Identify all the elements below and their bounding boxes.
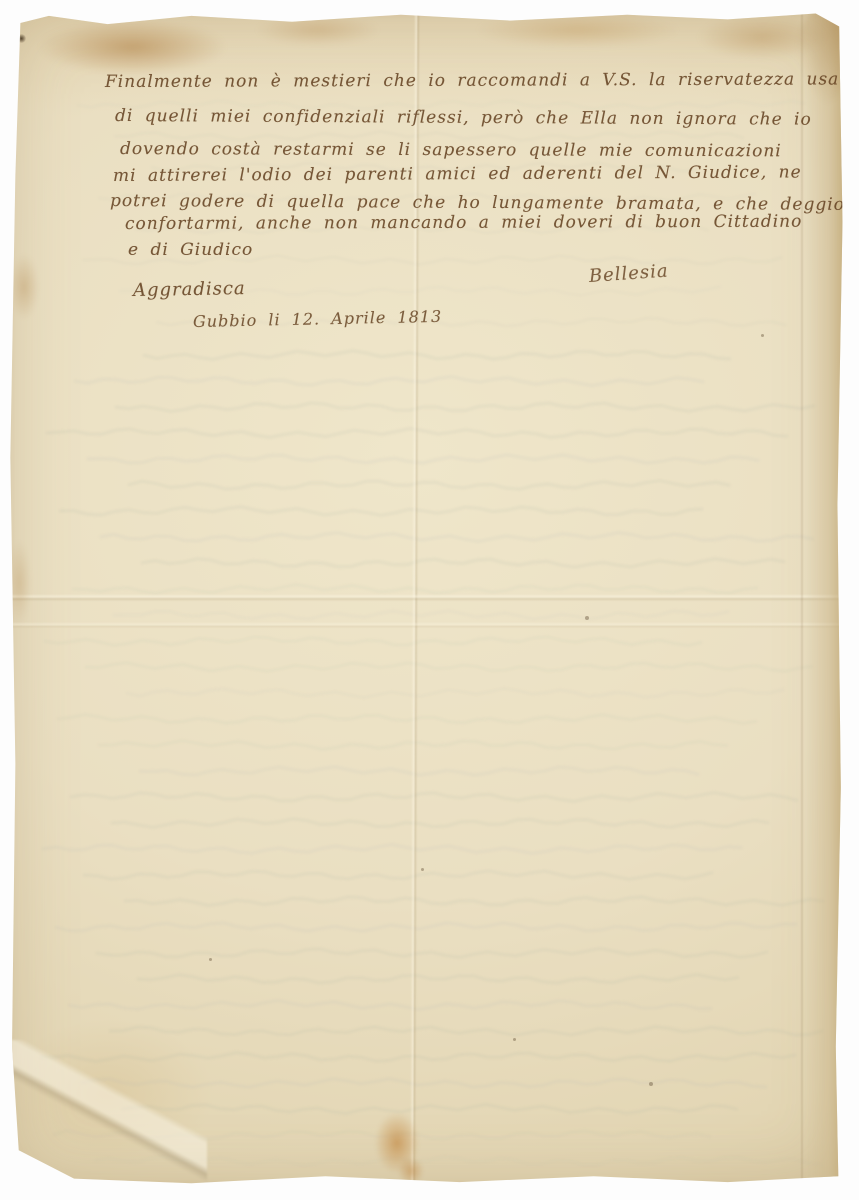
manuscript-page: Finalmente non è mestieri che io raccoma… xyxy=(7,10,845,1188)
closing-salutation: Aggradisca xyxy=(133,280,246,300)
bleed-through-writing xyxy=(7,10,845,1188)
letter-line: di quelli miei confidenziali riflessi, p… xyxy=(115,108,812,129)
letter-line: mi attirerei l'odio dei parenti amici ed… xyxy=(113,164,802,185)
letter-line: confortarmi, anche non mancando a miei d… xyxy=(125,214,802,233)
letter-line: e di Giudico xyxy=(128,242,253,259)
letter-line: Finalmente non è mestieri che io raccoma… xyxy=(105,71,859,91)
letter-line: dovendo costà restarmi se li sapessero q… xyxy=(120,141,782,160)
scan-background: Finalmente non è mestieri che io raccoma… xyxy=(0,0,859,1200)
